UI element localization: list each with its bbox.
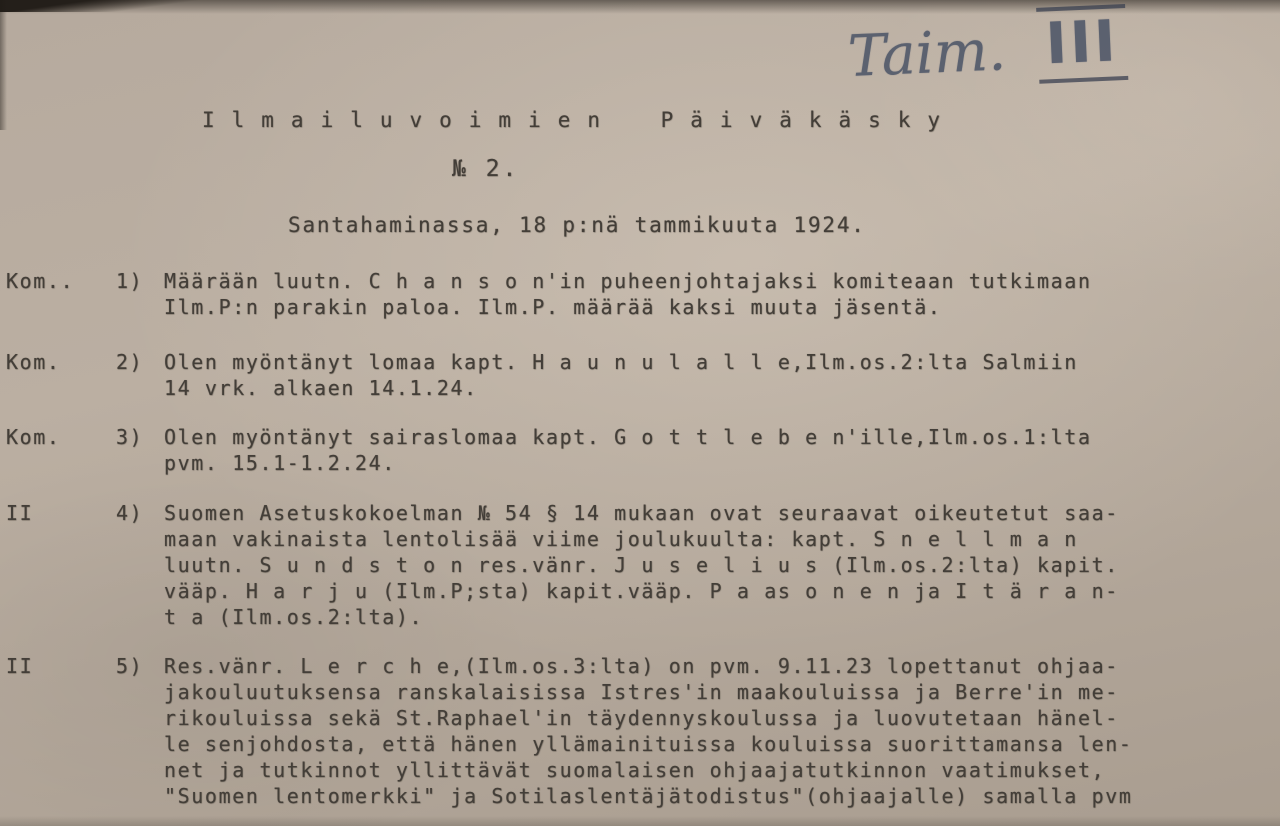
scan-edge-bottom (0, 816, 1280, 826)
entry-text-5: Res.vänr. L e r c h e,(Ilm.os.3:lta) on … (164, 653, 1204, 809)
order-number: № 2. (452, 156, 519, 182)
margin-label-3: Kom. (6, 424, 61, 450)
handwritten-word: Taim. (847, 17, 1008, 90)
margin-label-5: II (6, 653, 33, 679)
scan-edge-top-left (0, 0, 240, 12)
document-page: Taim. III Ilmailuvoimien Päiväkäsky № 2.… (0, 0, 1280, 826)
margin-label-2: Kom. (6, 349, 61, 375)
handwritten-numeral: III (1036, 4, 1128, 84)
entry-number-4: 4) (116, 500, 143, 526)
scan-edge-left (0, 0, 7, 130)
entry-text-4: Suomen Asetuskokoelman № 54 § 14 mukaan … (164, 500, 1204, 630)
entry-number-5: 5) (116, 653, 143, 679)
entry-text-1: Määrään luutn. C h a n s o n'in puheenjo… (164, 268, 1204, 320)
margin-label-1: Kom.. (6, 268, 74, 294)
entry-number-3: 3) (116, 424, 143, 450)
dateline: Santahaminassa, 18 p:nä tammikuuta 1924. (288, 213, 866, 237)
entry-number-1: 1) (116, 268, 143, 294)
document-title: Ilmailuvoimien Päiväkäsky (202, 108, 957, 132)
entry-text-2: Olen myöntänyt lomaa kapt. H a u n u l a… (164, 349, 1204, 401)
handwritten-annotation: Taim. III (846, 8, 1128, 96)
margin-label-4: II (6, 500, 33, 526)
entry-text-3: Olen myöntänyt sairaslomaa kapt. G o t t… (164, 424, 1204, 476)
entry-number-2: 2) (116, 349, 143, 375)
